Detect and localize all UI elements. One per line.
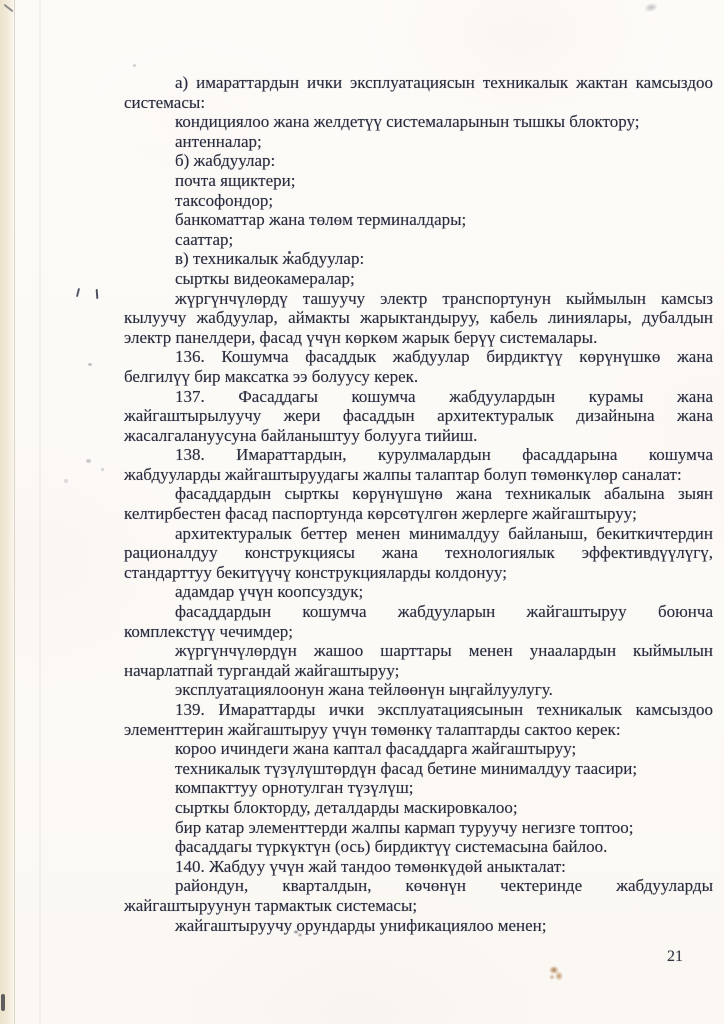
text-line: белгилүү бир максатка ээ болуусу керек. (124, 367, 713, 387)
text-line: техникалык түзүлүштөрдүн фасад бетине ми… (124, 759, 713, 779)
scan-artifact-bottom-left (1, 994, 5, 1011)
coffee-stain (546, 963, 568, 984)
text-line: компакттуу орнотулган түзүлүш; (124, 778, 713, 798)
paper-fold-line (39, 0, 41, 1024)
text-line: фасаддардын сырткы көрүнүшүнө жана техни… (124, 484, 713, 504)
scan-artifact-top-right (643, 1, 659, 13)
text-line: почта ящиктери; (124, 171, 713, 191)
paragraph: сырткы видеокамералар; (124, 269, 713, 289)
text-line: в) техникалык жабдуулар: (124, 249, 713, 269)
text-line: кондициялоо жана желдетүү системаларынын… (124, 112, 713, 132)
text-line: б) жабдуулар: (124, 151, 713, 171)
text-line: кылуучу жабдуулар, аймакты жарыктандыруу… (124, 308, 713, 328)
text-line: жасалгалануусуна байланыштуу болууга тий… (124, 426, 713, 446)
text-line: электр панелдери, фасад үчүн көркөм жары… (124, 328, 713, 348)
paragraph: сааттар; (124, 230, 713, 250)
paper-speck (86, 459, 91, 463)
text-line: жабдууларды жайгаштыруудагы жалпы талапт… (124, 465, 713, 485)
paragraph: жайгаштыруучу орундарды унификациялоо ме… (124, 916, 713, 936)
scan-left-edge (0, 0, 15, 1024)
paragraph: 138. Имараттардын, курулмалардын фасадда… (124, 445, 713, 484)
text-line: 140. Жабдуу үчүн жай тандоо төмөнкүдөй а… (124, 857, 713, 877)
page-number: 21 (667, 948, 683, 966)
paragraph: бир катар элементтерди жалпы кармап туру… (124, 818, 713, 838)
paragraph: а) имараттардын ички эксплуатациясын тех… (124, 73, 713, 112)
text-line: стандарттуу бекитүүчү конструкцияларды к… (124, 563, 713, 583)
paragraph: техникалык түзүлүштөрдүн фасад бетине ми… (124, 759, 713, 779)
scanned-document-page: а) имараттардын ички эксплуатациясын тех… (0, 0, 724, 1024)
paper-speck (88, 363, 92, 366)
paragraph: эксплуатациялоонун жана тейлөөнүн ыңгайл… (124, 680, 713, 700)
text-line: 138. Имараттардын, курулмалардын фасадда… (124, 445, 713, 465)
scan-left-edge-line (14, 0, 15, 1024)
text-line: 137. Фасаддагы кошумча жабдуулардын кура… (124, 387, 713, 407)
text-block: а) имараттардын ички эксплуатациясын тех… (124, 73, 713, 935)
text-line: бир катар элементтерди жалпы кармап туру… (124, 818, 713, 838)
paragraph: 136. Кошумча фасаддык жабдуулар бирдиктү… (124, 347, 713, 386)
text-line: жайгаштыруучу орундарды унификациялоо ме… (124, 916, 713, 936)
text-line: адамдар үчүн коопсуздук; (124, 582, 713, 602)
text-line: 136. Кошумча фасаддык жабдуулар бирдиктү… (124, 347, 713, 367)
text-line: антенналар; (124, 132, 713, 152)
text-line: комплекстүү чечимдер; (124, 622, 713, 642)
paragraph: фасаддардын сырткы көрүнүшүнө жана техни… (124, 484, 713, 523)
text-line: сырткы видеокамералар; (124, 269, 713, 289)
paragraph: таксофондор; (124, 191, 713, 211)
text-line: архитектуралык беттер менен минималдуу б… (124, 524, 713, 544)
text-line: эксплуатациялоонун жана тейлөөнүн ыңгайл… (124, 680, 713, 700)
text-line: 139. Имараттарды ички эксплуатациясынын … (124, 700, 713, 720)
paragraph: кондициялоо жана желдетүү системаларынын… (124, 112, 713, 132)
paragraph: райондун, кварталдын, көчөнүн чектеринде… (124, 876, 713, 915)
text-line: короо ичиндеги жана каптал фасаддарга жа… (124, 739, 713, 759)
ink-mark-left-margin (96, 289, 99, 299)
ink-mark-left-margin (76, 288, 80, 297)
text-line: фасаддардын кошумча жабдууларын жайгашты… (124, 602, 713, 622)
text-line: райондун, кварталдын, көчөнүн чектеринде… (124, 876, 713, 896)
text-line: келтирбестен фасад паспортунда көрсөтүлг… (124, 504, 713, 524)
paragraph: в) техникалык жабдуулар: (124, 249, 713, 269)
paragraph: антенналар; (124, 132, 713, 152)
paragraph: б) жабдуулар: (124, 151, 713, 171)
text-line: жүргүнчүлөрдү ташуучу электр транспортун… (124, 289, 713, 309)
text-line: сырткы блокторду, деталдарды маскировкал… (124, 798, 713, 818)
paragraph: адамдар үчүн коопсуздук; (124, 582, 713, 602)
paragraph: компакттуу орнотулган түзүлүш; (124, 778, 713, 798)
text-line: начарлатпай тургандай жайгаштыруу; (124, 661, 713, 681)
text-line: системасы: (124, 93, 713, 113)
paragraph: почта ящиктери; (124, 171, 713, 191)
paragraph: фасаддардын кошумча жабдууларын жайгашты… (124, 602, 713, 641)
paragraph: 140. Жабдуу үчүн жай тандоо төмөнкүдөй а… (124, 857, 713, 877)
paragraph: короо ичиндеги жана каптал фасаддарга жа… (124, 739, 713, 759)
text-line: банкоматтар жана төлөм терминалдары; (124, 210, 713, 230)
paragraph: фасаддагы түркүктүн (ось) бирдиктүү сист… (124, 837, 713, 857)
paragraph: банкоматтар жана төлөм терминалдары; (124, 210, 713, 230)
paragraph: сырткы блокторду, деталдарды маскировкал… (124, 798, 713, 818)
text-line: а) имараттардын ички эксплуатациясын тех… (124, 73, 713, 93)
text-line: рационалдуу конструкциясы жана технологи… (124, 543, 713, 563)
text-line: фасаддагы түркүктүн (ось) бирдиктүү сист… (124, 837, 713, 857)
paper-speck (64, 479, 68, 483)
paragraph: архитектуралык беттер менен минималдуу б… (124, 524, 713, 583)
paper-speck (101, 468, 104, 471)
paragraph: 137. Фасаддагы кошумча жабдуулардын кура… (124, 387, 713, 446)
paper-speck (133, 64, 136, 67)
text-line: элементтерин жайгаштыруу үчүн төмөнкү та… (124, 720, 713, 740)
paragraph: 139. Имараттарды ички эксплуатациясынын … (124, 700, 713, 739)
text-line: жайгаштырылуучу жери фасаддын архитектур… (124, 406, 713, 426)
text-line: жайгаштыруунун тармактык системасы; (124, 896, 713, 916)
text-line: жүргүнчүлөрдүн жашоо шарттары менен унаа… (124, 641, 713, 661)
paragraph: жүргүнчүлөрдү ташуучу электр транспортун… (124, 289, 713, 348)
text-line: сааттар; (124, 230, 713, 250)
paragraph: жүргүнчүлөрдүн жашоо шарттары менен унаа… (124, 641, 713, 680)
text-line: таксофондор; (124, 191, 713, 211)
